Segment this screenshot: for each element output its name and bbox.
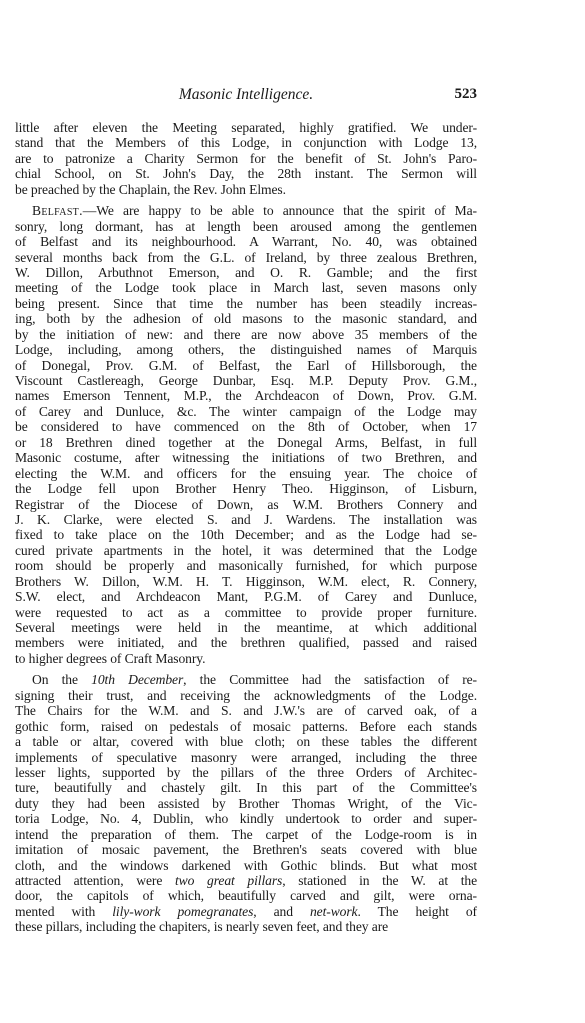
text-line: attracted attention, were two great pill… <box>15 873 477 888</box>
text-line: of Belfast and its neighbourhood. A Warr… <box>15 234 477 249</box>
text-line: several months back from the G.L. of Ire… <box>15 250 477 265</box>
text-line: a table or altar, covered with blue clot… <box>15 734 477 749</box>
page-number: 523 <box>455 86 478 103</box>
text-line: Several meetings were held in the meanti… <box>15 620 477 635</box>
text-line: fixed to take place on the 10th December… <box>15 527 477 542</box>
running-header: Masonic Intelligence. 523 <box>15 86 477 108</box>
text-line: chial School, on St. John's Day, the 28t… <box>15 166 477 181</box>
text-line: Lodge, including, among others, the dist… <box>15 342 477 357</box>
text-line: be preached by the Chaplain, the Rev. Jo… <box>15 182 477 197</box>
paragraph-belfast: Belfast.—We are happy to be able to anno… <box>15 203 477 666</box>
text-line: names Emerson Tennent, M.P., the Archdea… <box>15 388 477 403</box>
text-line: Brothers W. Dillon, W.M. H. T. Higginson… <box>15 574 477 589</box>
body-text: little after eleven the Meeting separate… <box>15 120 477 935</box>
text-line: ing, both by the adhesion of old masons … <box>15 311 477 326</box>
text-line: room should be properly and masonically … <box>15 558 477 573</box>
text-line: Masonic costume, after witnessing the in… <box>15 450 477 465</box>
text-line: to higher degrees of Craft Masonry. <box>15 651 477 666</box>
text-line: the Lodge fell upon Brother Henry Theo. … <box>15 481 477 496</box>
text-line: On the 10th December, the Committee had … <box>15 672 477 687</box>
section-lead-word: Belfast. <box>32 203 83 218</box>
text-line: of Donegal, Prov. G.M. of Belfast, the E… <box>15 358 477 373</box>
text-line: be considered to have commenced on the 8… <box>15 419 477 434</box>
running-title: Masonic Intelligence. <box>15 86 477 104</box>
book-page: Masonic Intelligence. 523 little after e… <box>0 0 585 1023</box>
text-line: are to patronize a Charity Sermon for th… <box>15 151 477 166</box>
text-line: J. K. Clarke, were elected S. and J. War… <box>15 512 477 527</box>
paragraph-lodge-sermon: little after eleven the Meeting separate… <box>15 120 477 197</box>
text-line: signing their trust, and receiving the a… <box>15 688 477 703</box>
text-line: or 18 Brethren dined together at the Don… <box>15 435 477 450</box>
text-line: mented with lily-work pomegranates, and … <box>15 904 477 919</box>
text-line: duty they had been assisted by Brother T… <box>15 796 477 811</box>
text-line: cloth, and the windows darkened with Got… <box>15 858 477 873</box>
text-line: stand that the Members of this Lodge, in… <box>15 135 477 150</box>
text-line: were requested to act as a committee to … <box>15 605 477 620</box>
text-line: S.W. elect, and Archdeacon Mant, P.G.M. … <box>15 589 477 604</box>
italic-phrase: 10th December <box>91 672 183 687</box>
text-line: ture, beautifully and chastely gilt. In … <box>15 780 477 795</box>
text-line: cured private apartments in the hotel, i… <box>15 543 477 558</box>
text-line: sonry, long dormant, has at length been … <box>15 219 477 234</box>
text-line: of Carey and Dunluce, &c. The winter cam… <box>15 404 477 419</box>
text-line: implements of speculative masonry were a… <box>15 750 477 765</box>
text-line: little after eleven the Meeting separate… <box>15 120 477 135</box>
text-line: lesser lights, supported by the pillars … <box>15 765 477 780</box>
text-line: Viscount Castlereagh, George Dunbar, Esq… <box>15 373 477 388</box>
text-line: The Chairs for the W.M. and S. and J.W.'… <box>15 703 477 718</box>
text-line: by the initiation of new: and there are … <box>15 327 477 342</box>
text-line: W. Dillon, Arbuthnot Emerson, and O. R. … <box>15 265 477 280</box>
italic-phrase: lily-work pomegranates <box>112 904 253 919</box>
text-line: imitation of mosaic pavement, the Brethr… <box>15 842 477 857</box>
paragraph-tenth-december: On the 10th December, the Committee had … <box>15 672 477 934</box>
italic-phrase: net-work <box>310 904 358 919</box>
italic-phrase: two great pillars <box>175 873 282 888</box>
text-line: Registrar of the Diocese of Down, as W.M… <box>15 497 477 512</box>
text-line: intend the preparation of them. The carp… <box>15 827 477 842</box>
text-line: these pillars, including the chapiters, … <box>15 919 477 934</box>
text-line: Belfast.—We are happy to be able to anno… <box>15 203 477 218</box>
text-line: door, the capitols of which, beautifully… <box>15 888 477 903</box>
text-line: members were initiated, and the brethren… <box>15 635 477 650</box>
text-line: being present. Since that time the numbe… <box>15 296 477 311</box>
text-line: toria Lodge, No. 4, Dublin, who kindly u… <box>15 811 477 826</box>
text-line: meeting of the Lodge took place in March… <box>15 280 477 295</box>
text-line: electing the W.M. and officers for the e… <box>15 466 477 481</box>
text-line: gothic form, raised on pedestals of mosa… <box>15 719 477 734</box>
